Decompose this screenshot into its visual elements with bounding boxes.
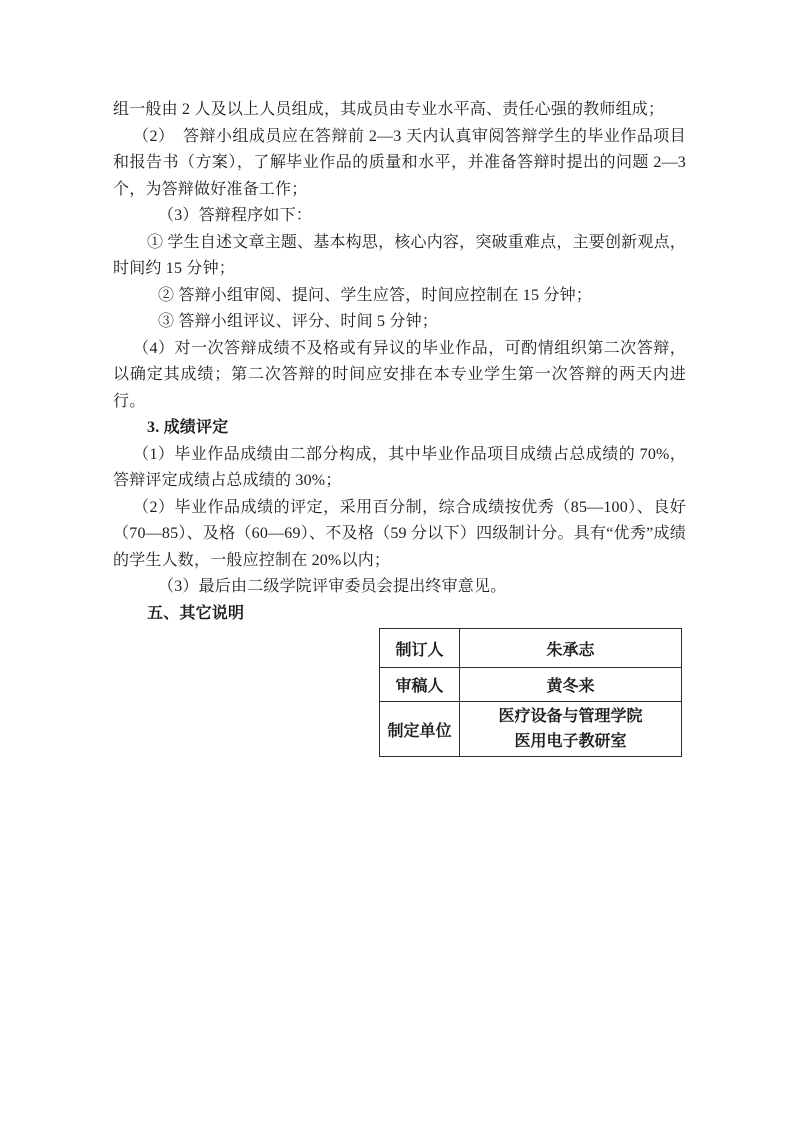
table-label-cell: 审稿人 — [380, 668, 460, 702]
table-value-cell: 朱承志 — [460, 629, 682, 668]
body-paragraph: 组一般由 2 人及以上人员组成，其成员由专业水平高、责任心强的教师组成； — [113, 97, 686, 124]
table-value-cell: 黄冬来 — [460, 668, 682, 702]
body-paragraph: ① 学生自述文章主题、基本构思，核心内容，突破重难点，主要创新观点，时间约 15… — [113, 230, 686, 283]
section-heading-grade-evaluation: 3. 成绩评定 — [113, 415, 686, 442]
body-paragraph: ③ 答辩小组评议、评分、时间 5 分钟； — [113, 309, 686, 336]
document-page: 组一般由 2 人及以上人员组成，其成员由专业水平高、责任心强的教师组成； （2）… — [0, 0, 793, 1122]
table-value-cell: 医疗设备与管理学院 医用电子教研室 — [460, 702, 682, 757]
body-paragraph: （3）最后由二级学院评审委员会提出终审意见。 — [113, 574, 686, 601]
table-row: 制定单位 医疗设备与管理学院 医用电子教研室 — [380, 702, 682, 757]
table-value-line: 医用电子教研室 — [460, 729, 681, 754]
document-body: 组一般由 2 人及以上人员组成，其成员由专业水平高、责任心强的教师组成； （2）… — [113, 97, 686, 627]
table-row: 审稿人 黄冬来 — [380, 668, 682, 702]
section-heading-other-notes: 五、其它说明 — [113, 601, 686, 628]
body-paragraph: ② 答辩小组审阅、提问、学生应答，时间应控制在 15 分钟； — [113, 283, 686, 310]
body-paragraph: （2）毕业作品成绩的评定，采用百分制，综合成绩按优秀（85—100）、良好（70… — [113, 495, 686, 575]
signature-table: 制订人 朱承志 审稿人 黄冬来 制定单位 医疗设备与管理学院 医用电子教研室 — [379, 628, 682, 757]
body-paragraph: （3）答辩程序如下： — [113, 203, 686, 230]
body-paragraph: （4）对一次答辩成绩不及格或有异议的毕业作品，可酌情组织第二次答辩，以确定其成绩… — [113, 336, 686, 416]
table-label-cell: 制定单位 — [380, 702, 460, 757]
body-paragraph: （1）毕业作品成绩由二部分构成，其中毕业作品项目成绩占总成绩的 70%，答辩评定… — [113, 442, 686, 495]
table-row: 制订人 朱承志 — [380, 629, 682, 668]
table-value-line: 医疗设备与管理学院 — [460, 704, 681, 729]
table-label-cell: 制订人 — [380, 629, 460, 668]
body-paragraph: （2） 答辩小组成员应在答辩前 2—3 天内认真审阅答辩学生的毕业作品项目和报告… — [113, 124, 686, 204]
